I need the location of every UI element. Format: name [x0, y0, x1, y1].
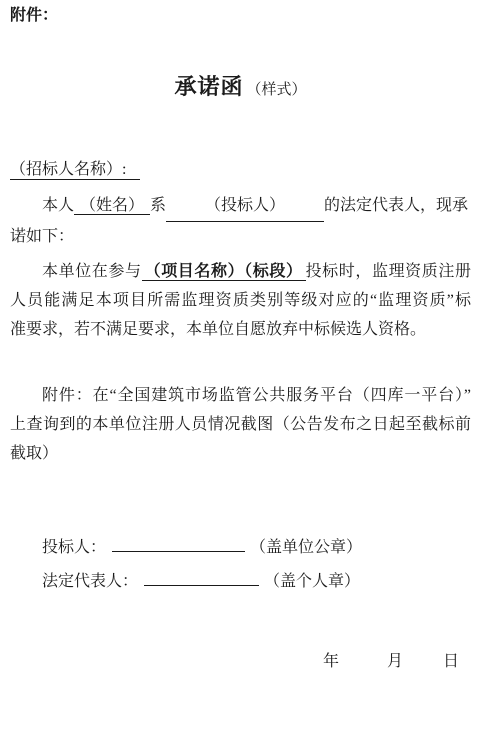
bidder-blank: （投标人）	[166, 191, 324, 222]
attachment-heading: 附件：	[10, 6, 471, 26]
project-section-blank: （项目名称）（标段）	[142, 263, 306, 281]
bidder-label: 投标人：	[42, 539, 106, 556]
bidder-seal-note: （盖单位公章）	[250, 539, 362, 556]
addressee-line: （招标人名称）:	[10, 157, 471, 183]
date-year: 年	[323, 653, 339, 670]
date-month: 月	[387, 653, 403, 670]
attachment-note-line-1: 附件：在“全国建筑市场监管公共服务平台（四库一平台）”	[10, 381, 471, 410]
name-blank: （姓名）	[74, 197, 150, 215]
attachment-note-line-3: 截取）	[10, 439, 471, 468]
date-day: 日	[443, 653, 459, 670]
intro-line-2: 诺如下：	[10, 222, 471, 251]
commitment-line-2: 人员能满足本项目所需监理资质类别等级对应的“监理资质”标	[10, 286, 471, 315]
title-row: 承诺函（样式）	[10, 72, 471, 105]
intro-text-1: 本人	[42, 197, 74, 214]
legal-rep-signature-line: 法定代表人：（盖个人章）	[42, 565, 471, 599]
document-title: 承诺函	[174, 74, 243, 99]
document-title-note: （样式）	[247, 82, 307, 98]
attachment-note-line-2: 上查询到的本单位注册人员情况截图（公告发布之日起至截标前	[10, 410, 471, 439]
legal-rep-label: 法定代表人：	[42, 573, 138, 590]
date-line: 年 月 日	[10, 651, 471, 673]
tenderer-name-blank: （招标人名称）:	[10, 161, 140, 180]
commitment-line-1: 本单位在参与（项目名称）（标段）投标时，监理资质注册	[10, 257, 471, 286]
intro-paragraph: 本人（姓名）系（投标人）的法定代表人，现承 诺如下：	[10, 191, 471, 251]
document-page: 附件： 承诺函（样式） （招标人名称）: 本人（姓名）系（投标人）的法定代表人，…	[0, 0, 481, 730]
intro-line-1: 本人（姓名）系（投标人）的法定代表人，现承	[10, 197, 468, 214]
intro-text-2: 系	[150, 197, 166, 214]
legal-rep-seal-note: （盖个人章）	[264, 573, 360, 590]
commitment-line-3: 准要求，若不满足要求，本单位自愿放弃中标候选人资格。	[10, 315, 471, 344]
legal-rep-signature-blank	[144, 568, 259, 586]
commitment-text-2: 投标时，监理资质注册	[306, 263, 471, 280]
commitment-paragraph: 本单位在参与（项目名称）（标段）投标时，监理资质注册 人员能满足本项目所需监理资…	[10, 257, 471, 344]
signature-block: 投标人：（盖单位公章） 法定代表人：（盖个人章）	[42, 531, 471, 599]
bidder-signature-line: 投标人：（盖单位公章）	[42, 531, 471, 565]
intro-text-3: 的法定代表人，现承	[324, 197, 468, 214]
attachment-note-paragraph: 附件：在“全国建筑市场监管公共服务平台（四库一平台）” 上查询到的本单位注册人员…	[10, 381, 471, 468]
bidder-signature-blank	[112, 534, 245, 552]
commitment-text-1: 本单位在参与	[42, 263, 142, 280]
